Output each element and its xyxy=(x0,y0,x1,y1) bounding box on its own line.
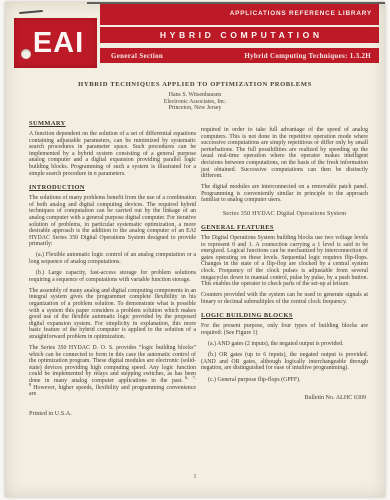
hole-punch-mark xyxy=(21,49,31,59)
paper: EAI APPLICATIONS REFERENCE LIBRARY HYBRI… xyxy=(5,2,385,497)
library-label: APPLICATIONS REFERENCE LIBRARY xyxy=(230,10,372,17)
logic-item-b: (b.) OR gates (up to 6 inputs), the nega… xyxy=(201,352,368,372)
document-title: HYBRID TECHNIQUES APPLIED TO OPTIMIZATIO… xyxy=(5,81,385,88)
author-location: Princeton, New Jersey xyxy=(5,105,385,112)
continuation-paragraph: required in order to take full advantage… xyxy=(201,127,368,180)
system-subtitle: Series 350 HYDAC Digital Operations Syst… xyxy=(201,211,368,217)
printed-in-usa-note: Printed in U.S.A. xyxy=(29,410,196,417)
introduction-heading: INTRODUCTION xyxy=(29,184,196,191)
logic-building-blocks-heading: LOGIC BUILDING BLOCKS xyxy=(201,312,368,319)
intro-paragraph-2: The assembly of many analog and digital … xyxy=(29,288,196,341)
staple-mark xyxy=(19,10,43,14)
summary-heading: SUMMARY xyxy=(29,120,196,127)
section-label: General Section xyxy=(111,52,163,60)
summary-paragraph: A function dependent on the solution of … xyxy=(29,131,196,177)
logic-item-a: (a.) AND gates (2 inputs), the negated o… xyxy=(201,341,368,348)
page-number: 1 xyxy=(5,474,385,480)
patch-panel-paragraph: The digital modules are interconnected o… xyxy=(201,184,368,204)
intro-paragraph-3: The Series 350 HYDAC D. O. S. provides “… xyxy=(29,345,196,398)
techniques-label: Hybrid Computing Techniques: 1.3.2H xyxy=(244,52,371,60)
banner-title: HYBRID COMPUTATION xyxy=(156,30,322,40)
hybrid-computation-banner: HYBRID COMPUTATION xyxy=(100,27,379,43)
author-block: Hans S. Witsenhausen Electronic Associat… xyxy=(5,92,385,112)
general-features-heading: GENERAL FEATURES xyxy=(201,224,368,231)
logic-item-c: (c.) General purpose flip-flops (GPFF). xyxy=(201,377,368,384)
logic-blocks-intro: For the present purpose, only four types… xyxy=(201,323,368,336)
intro-paragraph-3-text: The Series 350 HYDAC D. O. S. provides “… xyxy=(29,345,196,384)
section-bar: General Section Hybrid Computing Techniq… xyxy=(100,48,379,63)
eai-logo-text: EAI xyxy=(27,29,84,58)
eai-logo: EAI xyxy=(14,18,97,68)
intro-paragraph-1: The solutions of many problems benefit f… xyxy=(29,195,196,248)
general-features-paragraph-2: Counters provided with the system can be… xyxy=(201,292,368,305)
applications-reference-bar: APPLICATIONS REFERENCE LIBRARY xyxy=(100,4,379,25)
general-features-paragraph-1: The Digital Operations System building b… xyxy=(201,235,368,288)
bulletin-number: Bulletin No. ALHC 6309 xyxy=(201,395,368,401)
intro-item-b: (b.) Large capacity, fast-access storage… xyxy=(29,270,196,283)
right-column: required in order to take full advantage… xyxy=(201,125,368,401)
intro-item-a: (a.) Flexible automatic logic control of… xyxy=(29,252,196,265)
intro-paragraph-3-continuation: However, higher speeds, flexibility and … xyxy=(29,385,196,398)
scanned-page-canvas: EAI APPLICATIONS REFERENCE LIBRARY HYBRI… xyxy=(0,0,390,500)
left-column: SUMMARY A function dependent on the solu… xyxy=(29,120,196,417)
